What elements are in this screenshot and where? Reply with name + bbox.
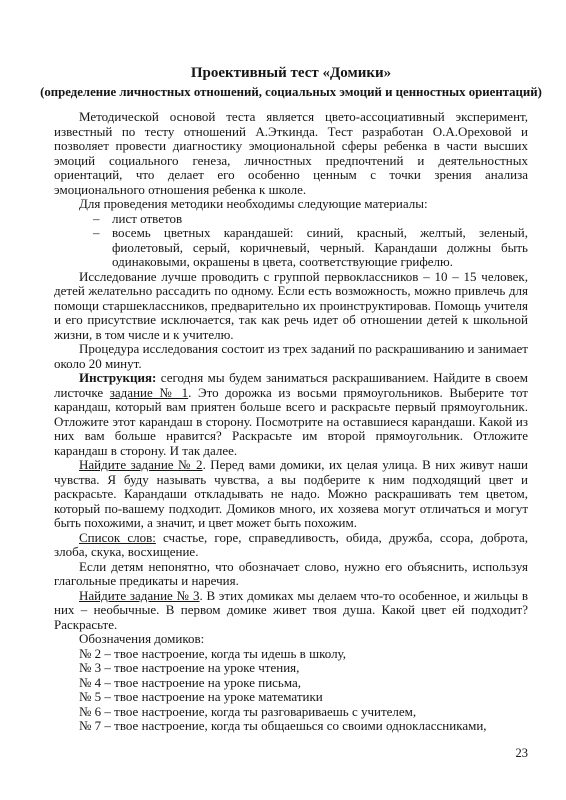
paragraph-procedure: Процедура исследования состоит из трех з… [54, 342, 528, 371]
list-item-text: восемь цветных карандашей: синий, красны… [112, 225, 528, 269]
paragraph-task3: Найдите задание № 3. В этих домиках мы д… [54, 589, 528, 633]
house-label-line: № 4 – твое настроение на уроке письма, [54, 676, 528, 691]
page-number: 23 [516, 746, 529, 761]
text-run: № 6 – твое настроение, когда ты разговар… [79, 704, 416, 719]
page-subtitle: (определение личностных отношений, социа… [54, 83, 528, 102]
materials-list-item: – лист ответов [54, 212, 528, 227]
text-run: № 4 – твое настроение на уроке письма, [79, 675, 301, 690]
house-label-line: № 2 – твое настроение, когда ты идешь в … [54, 647, 528, 662]
text-run: Процедура исследования состоит из трех з… [54, 341, 528, 371]
task1-reference: задание № 1 [110, 385, 188, 400]
task3-reference: Найдите задание № 3 [79, 588, 200, 603]
paragraph-instruction: Инструкция: сегодня мы будем заниматься … [54, 371, 528, 458]
page-subtitle-text: (определение личностных отношений, социа… [40, 83, 542, 102]
materials-list-item: – восемь цветных карандашей: синий, крас… [54, 226, 528, 270]
paragraph-materials-intro: Для проведения методики необходимы следу… [54, 197, 528, 212]
text-run: № 3 – твое настроение на уроке чтения, [79, 660, 299, 675]
task2-reference: Найдите задание № 2 [79, 457, 203, 472]
instruction-label: Инструкция: [79, 370, 156, 385]
text-run: № 5 – твое настроение на уроке математик… [79, 689, 323, 704]
text-run: Исследование лучше проводить с группой п… [54, 269, 528, 342]
text-run: Обозначения домиков: [79, 631, 204, 646]
house-label-line: № 7 – твое настроение, когда ты общаешьс… [54, 719, 528, 734]
paragraph-explain: Если детям непонятно, что обозначает сло… [54, 560, 528, 589]
house-label-line: № 5 – твое настроение на уроке математик… [54, 690, 528, 705]
paragraph-method: Методической основой теста является цвет… [54, 110, 528, 197]
house-label-line: № 3 – твое настроение на уроке чтения, [54, 661, 528, 676]
text-run: № 2 – твое настроение, когда ты идешь в … [79, 646, 346, 661]
page-title: Проективный тест «Домики» [54, 63, 528, 83]
houses-intro: Обозначения домиков: [54, 632, 528, 647]
document-page: Проективный тест «Домики» (определение л… [0, 0, 566, 800]
word-list-label: Список слов: [79, 530, 156, 545]
dash-bullet-icon: – [93, 226, 100, 241]
text-run: Если детям непонятно, что обозначает сло… [54, 559, 528, 589]
list-item-text: лист ответов [112, 211, 182, 226]
paragraph-word-list: Список слов: счастье, горе, справедливос… [54, 531, 528, 560]
house-label-line: № 6 – твое настроение, когда ты разговар… [54, 705, 528, 720]
text-run: Для проведения методики необходимы следу… [79, 196, 428, 211]
paragraph-task2: Найдите задание № 2. Перед вами домики, … [54, 458, 528, 531]
text-run: № 7 – твое настроение, когда ты общаешьс… [79, 718, 487, 733]
dash-bullet-icon: – [93, 212, 100, 227]
text-run: Методической основой теста является цвет… [54, 109, 528, 197]
paragraph-group: Исследование лучше проводить с группой п… [54, 270, 528, 343]
